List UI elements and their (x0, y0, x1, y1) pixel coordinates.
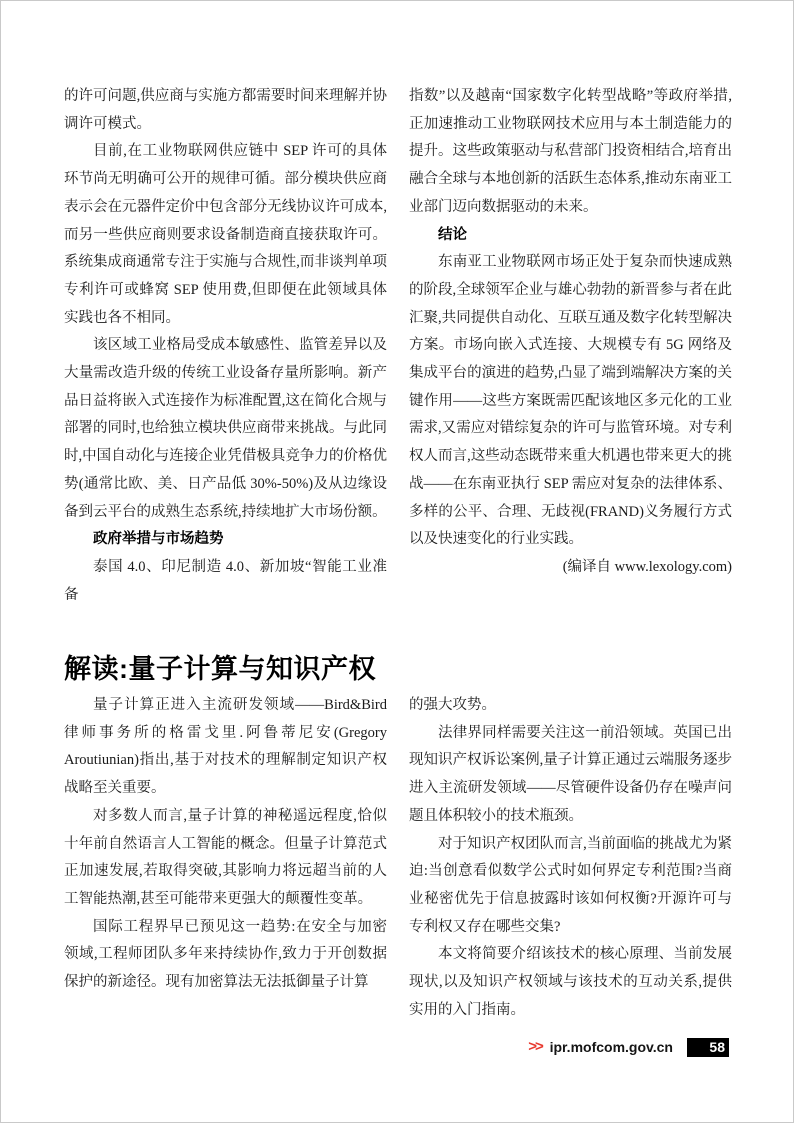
paragraph: 的强大攻势。 (409, 692, 732, 720)
article-iiot-left-column: 的许可问题,供应商与实施方都需要时间来理解并协调许可模式。 目前,在工业物联网供… (64, 83, 387, 609)
paragraph: 法律界同样需要关注这一前沿领域。英国已出现知识产权诉讼案例,量子计算正通过云端服… (409, 720, 732, 831)
paragraph: 量子计算正进入主流研发领域——Bird&Bird 律师事务所的格雷戈里.阿鲁蒂尼… (64, 692, 387, 803)
paragraph: 该区域工业格局受成本敏感性、监管差异以及大量需改造升级的传统工业设备存量所影响。… (64, 332, 387, 526)
article-quantum-right-column: 的强大攻势。 法律界同样需要关注这一前沿领域。英国已出现知识产权诉讼案例,量子计… (409, 692, 732, 1024)
paragraph: 东南亚工业物联网市场正处于复杂而快速成熟的阶段,全球领军企业与雄心勃勃的新晋参与… (409, 249, 732, 554)
article-title-quantum-ip: 解读:量子计算与知识产权 (64, 649, 376, 689)
paragraph: 对多数人而言,量子计算的神秘遥远程度,恰似十年前自然语言人工智能的概念。但量子计… (64, 803, 387, 914)
paragraph: 的许可问题,供应商与实施方都需要时间来理解并协调许可模式。 (64, 83, 387, 138)
article-iiot-sep: 的许可问题,供应商与实施方都需要时间来理解并协调许可模式。 目前,在工业物联网供… (64, 83, 732, 609)
article-iiot-right-column: 指数”以及越南“国家数字化转型战略”等政府举措,正加速推动工业物联网技术应用与本… (409, 83, 732, 609)
paragraph: 泰国 4.0、印尼制造 4.0、新加坡“智能工业准备 (64, 554, 387, 609)
article-quantum-ip: 量子计算正进入主流研发领域——Bird&Bird 律师事务所的格雷戈里.阿鲁蒂尼… (64, 692, 732, 1024)
paragraph: 国际工程界早已预见这一趋势:在安全与加密领域,工程师团队多年来持续协作,致力于开… (64, 914, 387, 997)
paragraph: 指数”以及越南“国家数字化转型战略”等政府举措,正加速推动工业物联网技术应用与本… (409, 83, 732, 222)
paragraph: 对于知识产权团队而言,当前面临的挑战尤为紧迫:当创意看似数学公式时如何界定专利范… (409, 831, 732, 942)
footer-site-url: ipr.mofcom.gov.cn (550, 1037, 673, 1057)
paragraph: 目前,在工业物联网供应链中 SEP 许可的具体环节尚无明确可公开的规律可循。部分… (64, 138, 387, 332)
document-page: 的许可问题,供应商与实施方都需要时间来理解并协调许可模式。 目前,在工业物联网供… (0, 0, 794, 1123)
subheading-government-measures: 政府举措与市场趋势 (64, 526, 387, 554)
paragraph: 本文将简要介绍该技术的核心原理、当前发展现状,以及知识产权领域与该技术的互动关系… (409, 941, 732, 1024)
subheading-conclusion: 结论 (409, 222, 732, 250)
source-attribution: (编译自 www.lexology.com) (409, 554, 732, 582)
page-footer: >> ipr.mofcom.gov.cn 58 (528, 1037, 729, 1057)
double-chevron-icon: >> (528, 1037, 542, 1057)
page-number-badge: 58 (687, 1038, 729, 1057)
article-quantum-left-column: 量子计算正进入主流研发领域——Bird&Bird 律师事务所的格雷戈里.阿鲁蒂尼… (64, 692, 387, 1024)
